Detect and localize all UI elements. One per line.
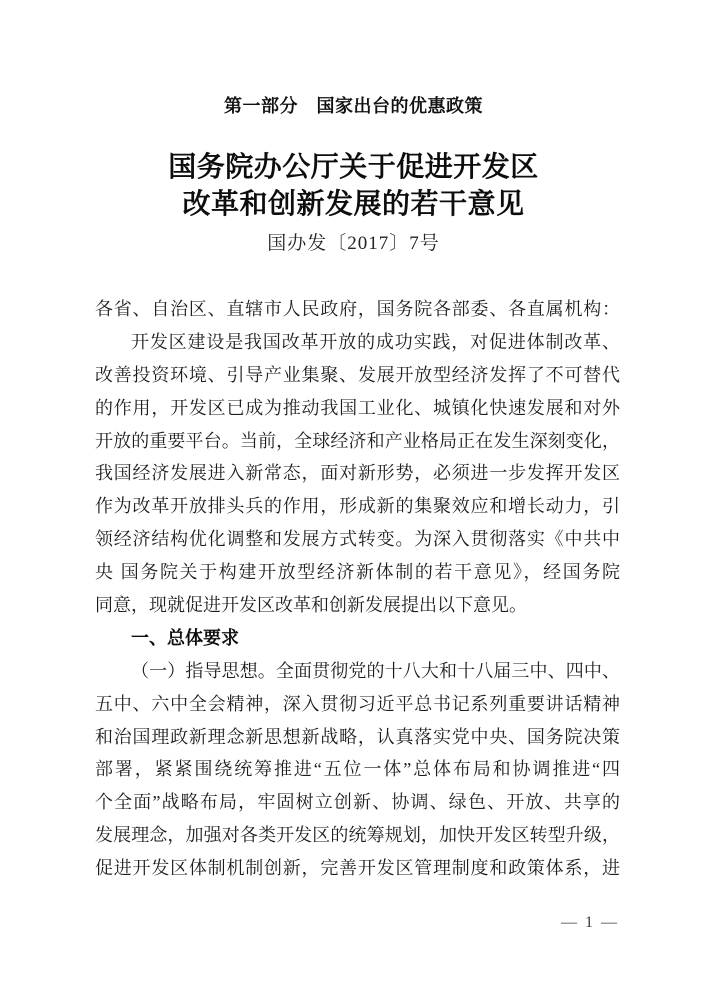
body-line: 央 国务院关于构建开放型经济新体制的若干意见》，经国务院: [95, 556, 620, 589]
body-line: 部署，紧紧围绕统筹推进“五位一体”总体布局和协调推进“四: [95, 753, 620, 786]
document-title-line-2: 改革和创新发展的若干意见: [0, 186, 707, 223]
body-line: （一）指导思想。全面贯彻党的十八大和十八届三中、四中、: [95, 655, 620, 688]
body-line: 开发区建设是我国改革开放的成功实践，对促进体制改革、: [95, 326, 620, 359]
body-line: 作为改革开放排头兵的作用，形成新的集聚效应和增长动力，引: [95, 490, 620, 523]
document-title-line-1: 国务院办公厅关于促进开发区: [0, 149, 707, 186]
document-title: 国务院办公厅关于促进开发区 改革和创新发展的若干意见: [0, 149, 707, 223]
document-page: 第一部分 国家出台的优惠政策 国务院办公厅关于促进开发区 改革和创新发展的若干意…: [0, 0, 707, 999]
body-line: 发展理念，加强对各类开发区的统筹规划，加快开发区转型升级，: [95, 819, 620, 852]
document-number: 国办发〔2017〕7号: [0, 228, 707, 255]
body-line: 个全面”战略布局，牢固树立创新、协调、绿色、开放、共享的: [95, 786, 620, 819]
body-line: 的作用，开发区已成为推动我国工业化、城镇化快速发展和对外: [95, 392, 620, 425]
body-line: 开放的重要平台。当前，全球经济和产业格局正在发生深刻变化，: [95, 425, 620, 458]
body-line: 领经济结构优化调整和发展方式转变。为深入贯彻落实《中共中: [95, 523, 620, 556]
body-line: 促进开发区体制机制创新，完善开发区管理制度和政策体系，进: [95, 852, 620, 885]
section-header: 第一部分 国家出台的优惠政策: [0, 92, 707, 118]
body-line: 同意，现就促进开发区改革和创新发展提出以下意见。: [95, 589, 620, 622]
body-line: 改善投资环境、引导产业集聚、发展开放型经济发挥了不可替代: [95, 359, 620, 392]
page-number: — 1 —: [561, 914, 619, 932]
body-heading-line: 一、总体要求: [95, 622, 620, 655]
body-line: 我国经济发展进入新常态，面对新形势，必须进一步发挥开发区: [95, 457, 620, 490]
body-line: 和治国理政新理念新思想新战略，认真落实党中央、国务院决策: [95, 721, 620, 754]
document-body: 各省、自治区、直辖市人民政府，国务院各部委、各直属机构：开发区建设是我国改革开放…: [95, 293, 620, 885]
body-line: 五中、六中全会精神，深入贯彻习近平总书记系列重要讲话精神: [95, 688, 620, 721]
body-line: 各省、自治区、直辖市人民政府，国务院各部委、各直属机构：: [95, 293, 620, 326]
